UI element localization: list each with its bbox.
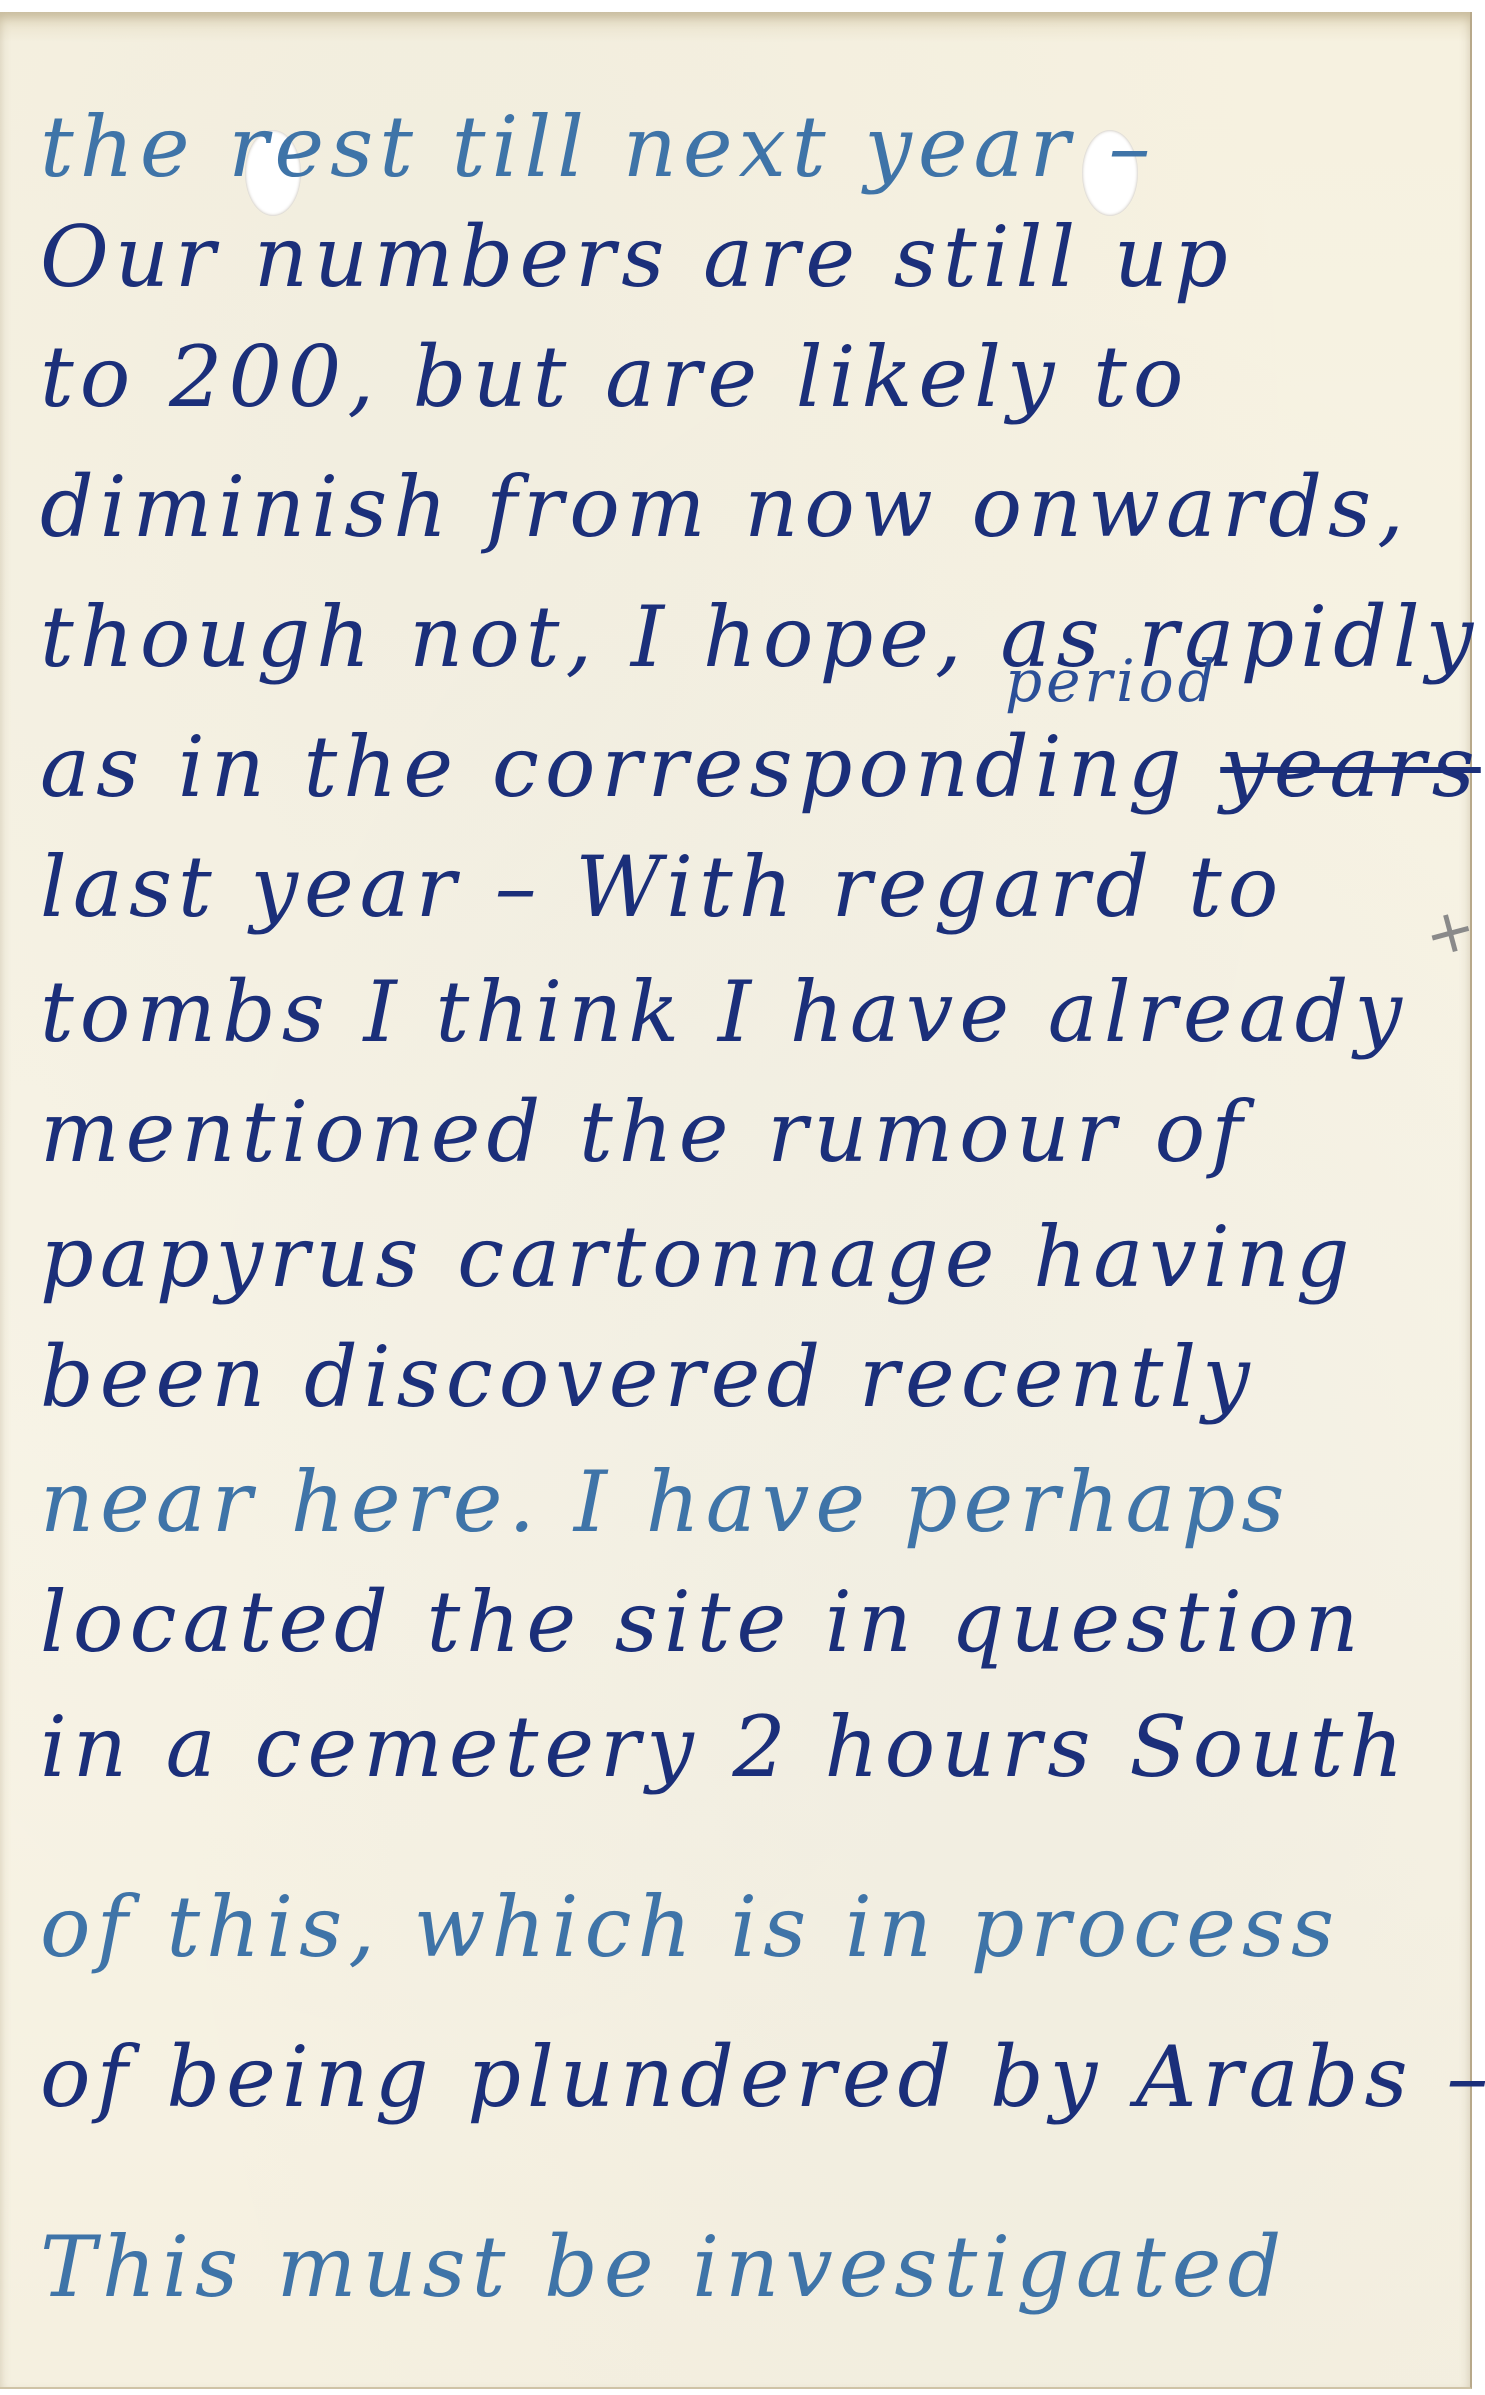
- letter-page: the rest till next year – Our numbers ar…: [0, 12, 1472, 2389]
- text-line-17: This must be investigated: [40, 2212, 1430, 2322]
- text-line-6: as in the corresponding years: [40, 712, 1430, 822]
- text-line-9: mentioned the rumour of: [40, 1077, 1430, 1187]
- inserted-correction: period: [1005, 647, 1219, 715]
- text-line-7: last year – With regard to: [40, 832, 1430, 942]
- text-line-16: of being plundered by Arabs –: [40, 2022, 1430, 2132]
- text-line-2: Our numbers are still up: [40, 202, 1430, 312]
- text-line-11: been discovered recently: [40, 1322, 1430, 1432]
- text-line-14: in a cemetery 2 hours South: [40, 1692, 1430, 1802]
- text-line-10: papyrus cartonnage having: [40, 1202, 1430, 1312]
- text-line-4: diminish from now onwards,: [40, 452, 1430, 562]
- text-line-15: of this, which is in process: [40, 1872, 1430, 1982]
- text-line-5: though not, I hope, as rapidly: [40, 582, 1430, 692]
- text-line-12: near here. I have perhaps: [40, 1447, 1430, 1557]
- text-line-1: the rest till next year –: [40, 92, 1430, 202]
- text-line-13: located the site in question: [40, 1567, 1430, 1677]
- text-line-3: to 200, but are likely to: [40, 322, 1430, 432]
- text-line-6-body: as in the corresponding: [40, 718, 1188, 816]
- struck-word: years: [1220, 718, 1481, 816]
- text-line-8: tombs I think I have already: [40, 957, 1430, 1067]
